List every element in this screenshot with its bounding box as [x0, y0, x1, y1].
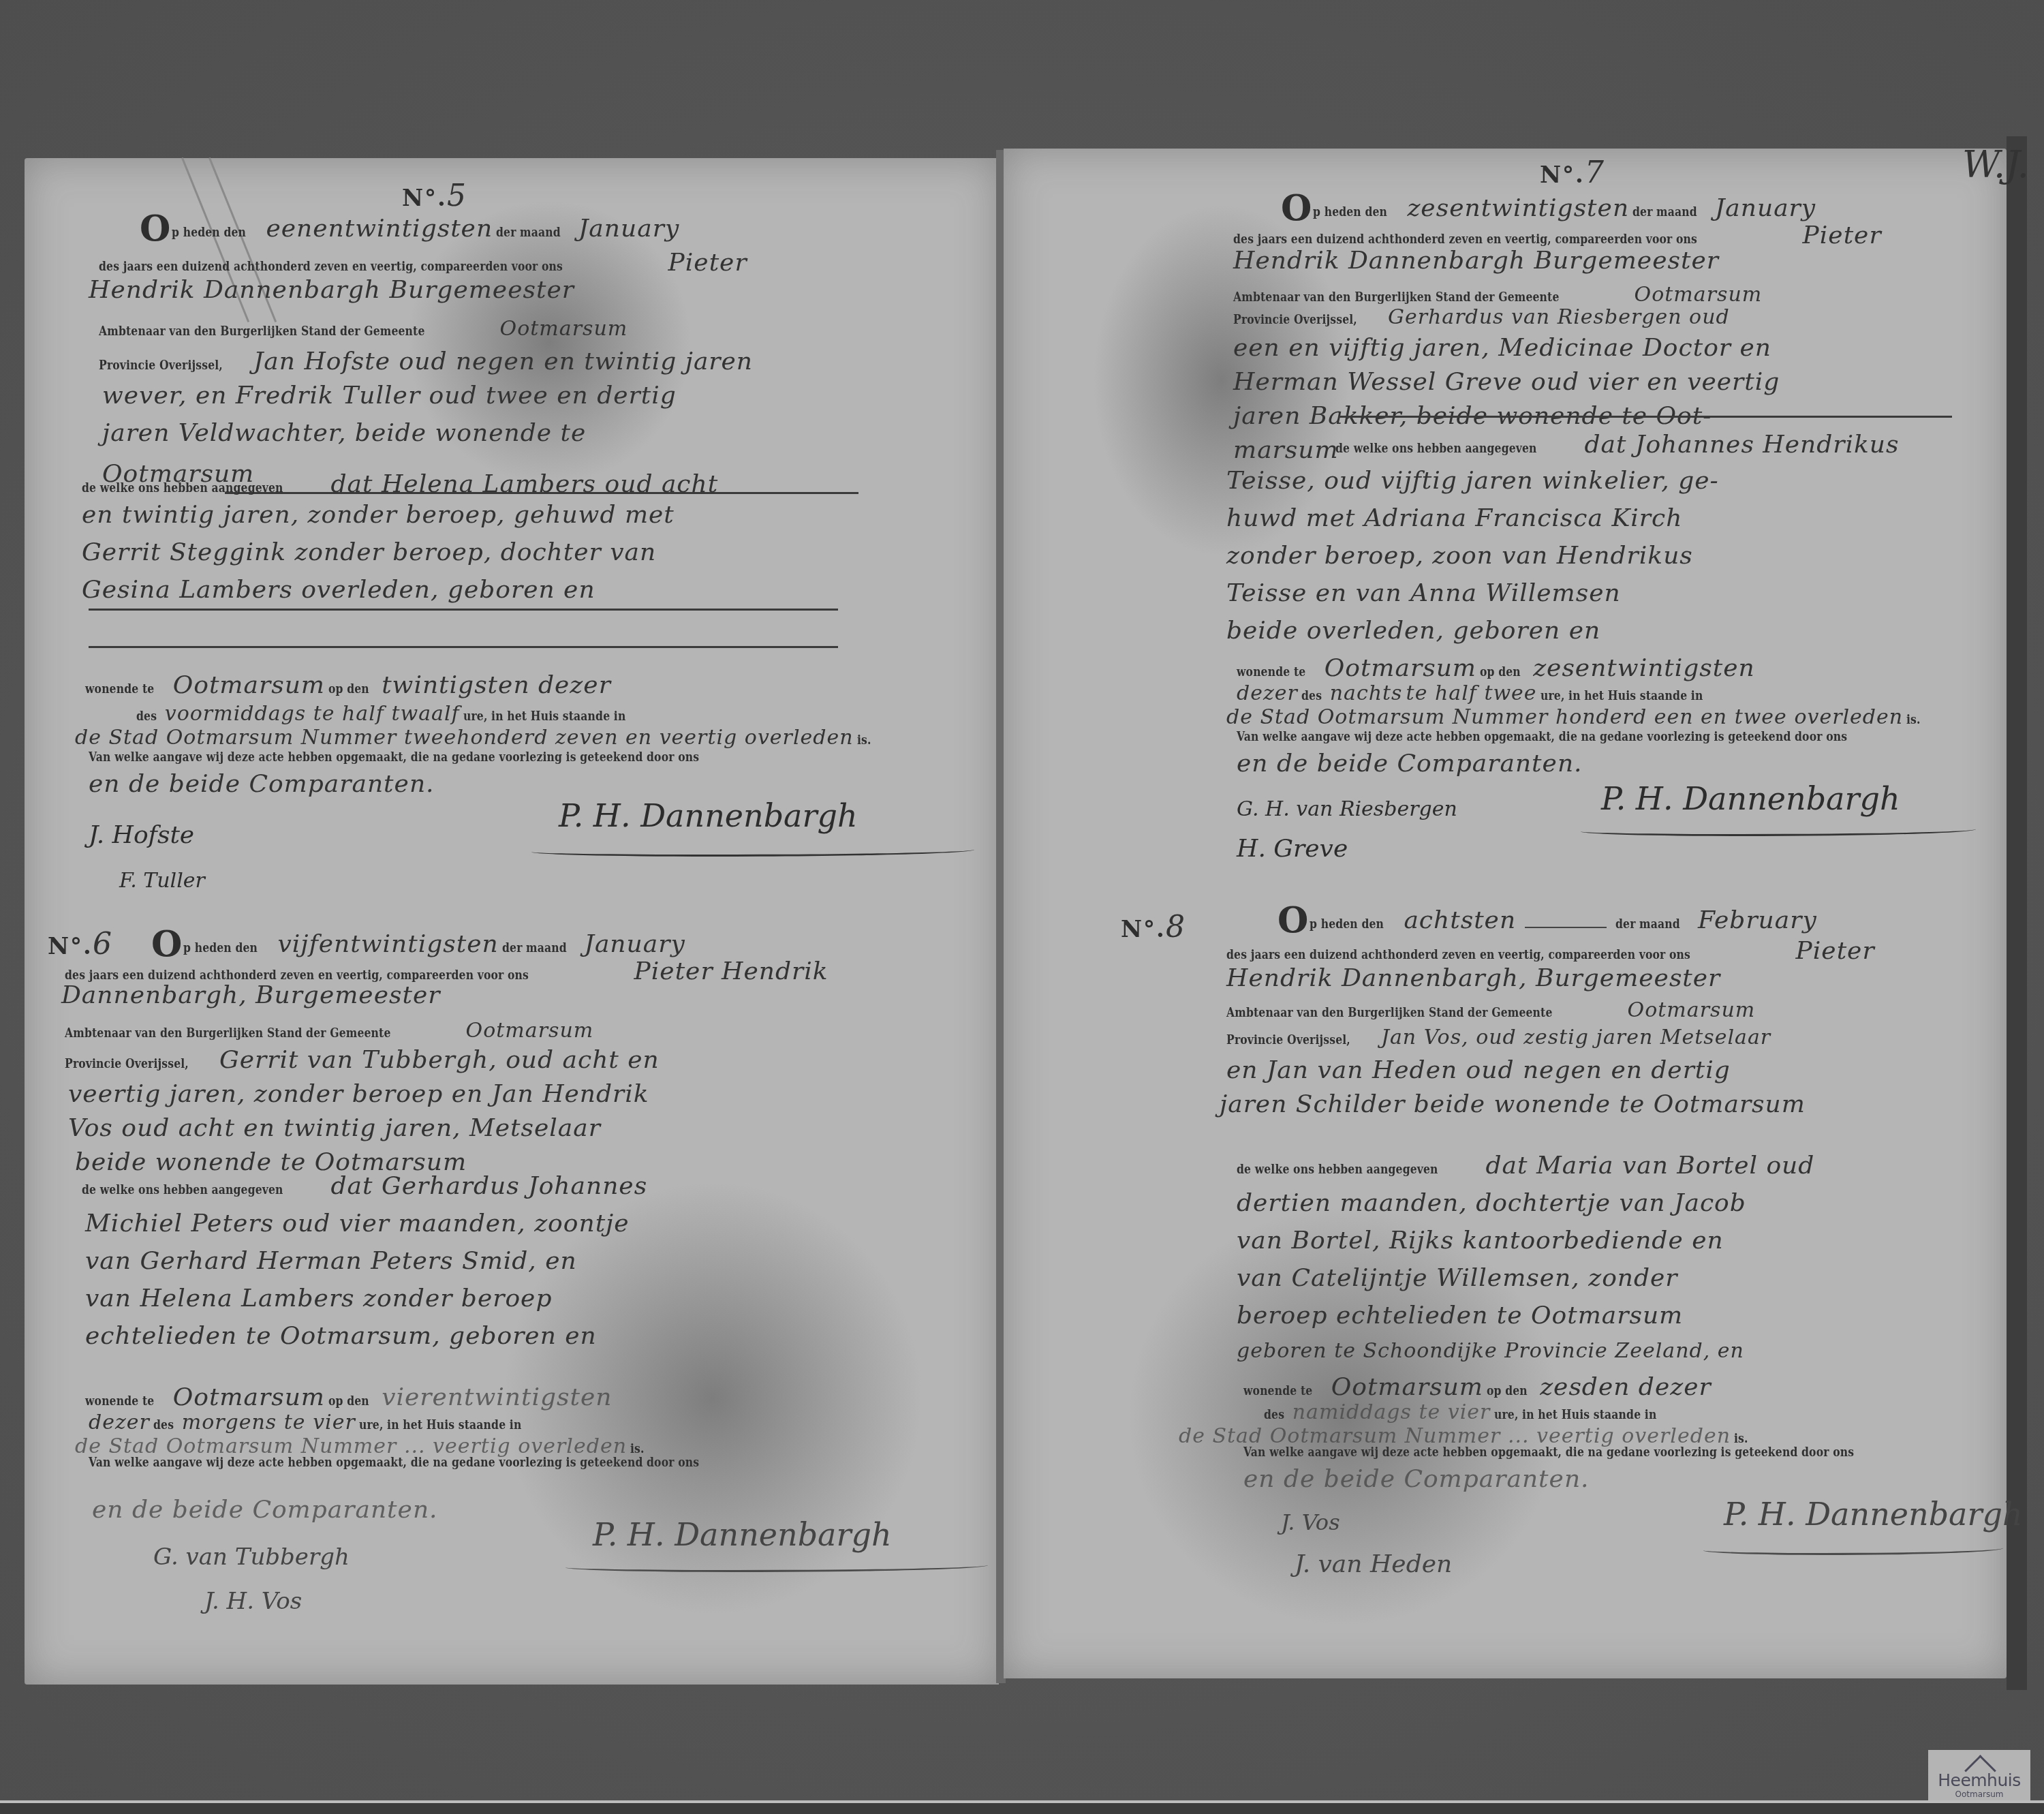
closing-handwritten: en de beide Comparanten. — [1243, 1465, 1590, 1493]
signature-comparant: J. van Heden — [1295, 1550, 1452, 1578]
deceased-line: van Catelijntje Willemsen, zonder — [1237, 1264, 1678, 1292]
page-edge-shadow — [2007, 136, 2027, 1690]
form-line-time: dezer des nachts te half twee ure, in he… — [1237, 681, 1738, 705]
comparants-line: Herman Wessel Greve oud vier en veertig — [1233, 368, 1780, 396]
signature-registrar: P. H. Dannenbargh — [559, 797, 858, 834]
form-line-date: Op heden den achtsten der maand February — [1277, 900, 1817, 941]
deceased-line: geboren te Schoondijke Provincie Zeeland… — [1237, 1339, 1744, 1363]
comparants-line: Vos oud acht en twintig jaren, Metselaar — [68, 1114, 601, 1142]
form-line-year: des jaars een duizend achthonderd zeven … — [1233, 221, 1882, 249]
watermark-sub: Ootmarsum — [1928, 1789, 2030, 1799]
official-name: Dannenbargh, Burgemeester — [61, 981, 440, 1009]
deceased-line: de welke ons hebben aangegeven dat Gerha… — [82, 1172, 647, 1200]
form-line-provincie: Provincie Overijssel, Jan Vos, oud zesti… — [1226, 1026, 1771, 1049]
act-month: January — [578, 215, 679, 243]
closing-handwritten: en de beide Comparanten. — [89, 770, 435, 798]
form-line-ambtenaar: Ambtenaar van den Burgerlijken Stand der… — [65, 1019, 593, 1043]
form-line-place: de Stad Ootmarsum Nummer honderd een en … — [1226, 705, 1923, 729]
signature-comparant: J. Hofste — [89, 821, 194, 849]
form-line-ambtenaar: Ambtenaar van den Burgerlijken Stand der… — [99, 317, 628, 341]
scan-bottom-strip — [0, 1803, 2044, 1814]
signature-comparant: G. H. van Riesbergen — [1237, 797, 1457, 821]
deceased-line: beide overleden, geboren en — [1226, 617, 1600, 645]
form-line-closing: Van welke aangave wij deze acte hebben o… — [89, 1455, 833, 1470]
deceased-line: beroep echtelieden te Ootmarsum — [1237, 1302, 1683, 1329]
form-line-provincie: Provincie Overijssel, Gerhardus van Ries… — [1233, 305, 1730, 329]
form-line-closing: Van welke aangave wij deze acte hebben o… — [89, 750, 833, 765]
deceased-line: van Bortel, Rijks kantoorbediende en — [1237, 1227, 1724, 1255]
form-line-time: dezer des morgens te vier ure, in het Hu… — [89, 1411, 557, 1434]
deceased-line: dertien maanden, dochtertje van Jacob — [1237, 1189, 1746, 1217]
deceased-line: van Helena Lambers zonder beroep — [85, 1285, 552, 1312]
deceased-line: Michiel Peters oud vier maanden, zoontje — [85, 1210, 630, 1237]
form-line-closing: Van welke aangave wij deze acte hebben o… — [1243, 1445, 1988, 1460]
form-line-wonende: wonende te Ootmarsum op den zesden dezer — [1243, 1373, 1712, 1401]
watermark-brand: Heemhuis — [1928, 1770, 2030, 1790]
deceased-line: zonder beroep, zoon van Hendrikus — [1226, 542, 1693, 570]
deceased-line: en twintig jaren, zonder beroep, gehuwd … — [82, 501, 675, 529]
deceased-line: de welke ons hebben aangegeven dat Helen… — [82, 470, 718, 498]
comparants-line: wever, en Fredrik Tuller oud twee en der… — [102, 382, 677, 410]
deceased-line: Teisse en van Anna Willemsen — [1226, 579, 1621, 607]
comparants-line: en Jan van Heden oud negen en dertig — [1226, 1056, 1731, 1084]
act-number: N°.8 — [1121, 910, 1186, 944]
form-line-provincie: Provincie Overijssel, Gerrit van Tubberg… — [65, 1046, 660, 1074]
heemhuis-watermark: Heemhuis Ootmarsum — [1928, 1750, 2030, 1800]
deceased-line: de welke ons hebben aangegeven dat Maria… — [1237, 1152, 1814, 1180]
deceased-line: huwd met Adriana Francisca Kirch — [1226, 504, 1682, 532]
form-line-provincie: Provincie Overijssel, Jan Hofste oud neg… — [99, 348, 753, 375]
fill-rule — [89, 609, 838, 611]
form-line-wonende: wonende te Ootmarsum op den vierentwinti… — [85, 1383, 612, 1411]
deceased-line: de welke ons hebben aangegeven dat Johan… — [1335, 431, 1899, 459]
comparants-line: veertig jaren, zonder beroep en Jan Hend… — [68, 1080, 649, 1108]
signature-comparant: J. Vos — [1281, 1509, 1340, 1535]
act-number: N°.6 — [48, 927, 112, 962]
signature-comparant: J. H. Vos — [204, 1588, 302, 1615]
form-line-ambtenaar: Ambtenaar van den Burgerlijken Stand der… — [1226, 998, 1755, 1022]
comparants-line: marsum — [1233, 436, 1339, 464]
signature-comparant: G. van Tubbergh — [153, 1543, 350, 1571]
form-line-date: Op heden den eenentwintigsten der maand … — [140, 208, 679, 249]
deceased-line: Teisse, oud vijftig jaren winkelier, ge- — [1226, 467, 1719, 495]
official-name: Hendrik Dannenbargh Burgemeester — [89, 276, 574, 304]
form-line-ambtenaar: Ambtenaar van den Burgerlijken Stand der… — [1233, 283, 1762, 307]
closing-handwritten: en de beide Comparanten. — [1237, 750, 1583, 778]
form-line-time: des namiddags te vier ure, in het Huis s… — [1264, 1400, 1692, 1424]
form-line-time: des voormiddags te half twaalf ure, in h… — [136, 702, 661, 726]
deceased-line: Gesina Lambers overleden, geboren en — [82, 576, 595, 604]
signature-registrar: P. H. Dannenbargh — [1601, 780, 1900, 817]
signature-comparant: F. Tuller — [119, 869, 205, 893]
deceased-line: Gerrit Steggink zonder beroep, dochter v… — [82, 538, 656, 566]
official-name: Hendrik Dannenbargh Burgemeester — [1233, 247, 1719, 275]
signature-comparant: H. Greve — [1237, 835, 1348, 863]
fill-rule — [1339, 416, 1952, 418]
deceased-line: echtelieden te Ootmarsum, geboren en — [85, 1322, 597, 1350]
signature-registrar: P. H. Dannenbargh — [593, 1516, 892, 1553]
form-line-closing: Van welke aangave wij deze acte hebben o… — [1237, 729, 1981, 744]
form-line-place: de Stad Ootmarsum Nummer tweehonderd zev… — [75, 726, 874, 750]
signature-registrar: P. H. Dannenbargh — [1724, 1496, 2023, 1533]
act-day: eenentwintigsten — [266, 215, 493, 243]
act-number: N°.7 — [1540, 155, 1605, 190]
form-line-year: des jaars een duizend achthonderd zeven … — [99, 249, 747, 277]
folio-number: W.J. — [1962, 143, 2029, 186]
fill-rule — [89, 646, 838, 648]
official-name: Hendrik Dannenbargh, Burgemeester — [1226, 964, 1720, 992]
form-line-wonende: wonende te Ootmarsum op den twintigsten … — [85, 671, 611, 699]
form-line-wonende: wonende te Ootmarsum op den zesentwintig… — [1237, 654, 1755, 682]
comparants-line: een en vijftig jaren, Medicinae Doctor e… — [1233, 334, 1771, 362]
deceased-line: van Gerhard Herman Peters Smid, en — [85, 1247, 577, 1275]
form-line-year: des jaars een duizend achthonderd zeven … — [1226, 937, 1875, 965]
closing-handwritten: en de beide Comparanten. — [92, 1496, 438, 1524]
comparants-line: jaren Veldwachter, beide wonende te — [102, 419, 586, 447]
comparants-line: jaren Schilder beide wonende te Ootmarsu… — [1220, 1090, 1806, 1118]
